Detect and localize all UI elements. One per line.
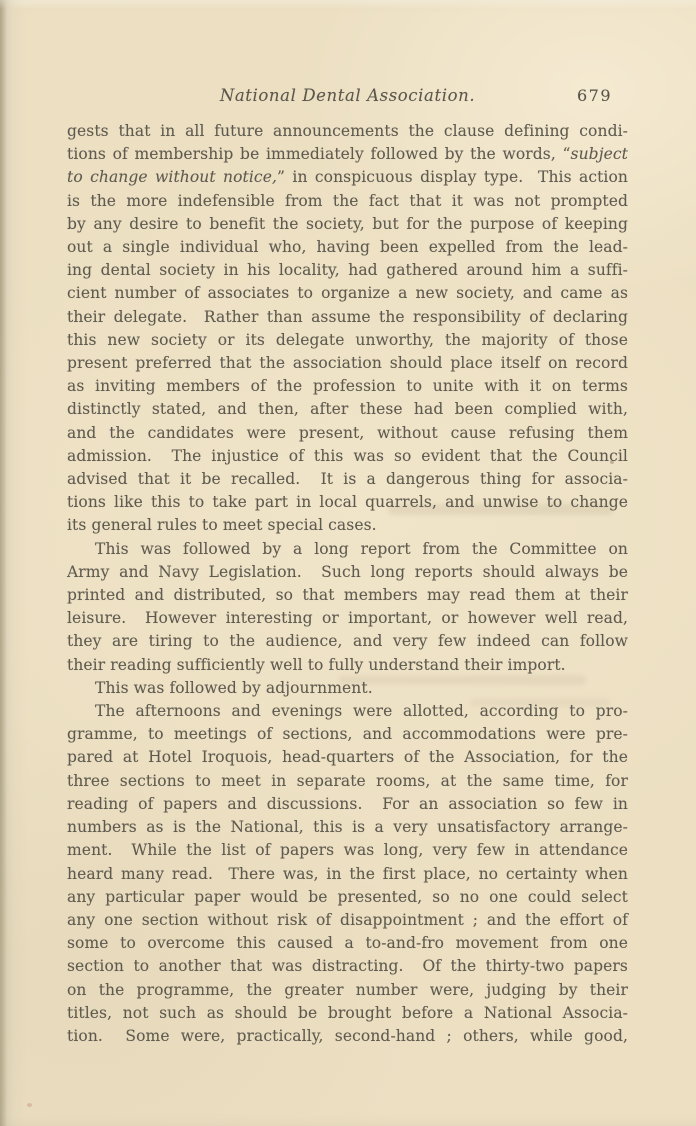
text-line: This was followed by adjournment.	[67, 677, 628, 700]
paragraph: gests that in all future announcements t…	[67, 120, 628, 538]
text-line: gramme, to meetings of sections, and acc…	[67, 723, 628, 746]
text-line: is the more indefensible from the fact t…	[67, 190, 628, 213]
text-line: Army and Navy Legislation. Such long rep…	[67, 561, 628, 584]
text-line: any one section without risk of disappoi…	[67, 909, 628, 932]
text-line: This was followed by a long report from …	[67, 538, 628, 561]
text-line: out a single individual who, having been…	[67, 236, 628, 259]
text-line: reading of papers and discussions. For a…	[67, 793, 628, 816]
text-line: any particular paper would be presented,…	[67, 886, 628, 909]
text-line: and the candidates were present, without…	[67, 422, 628, 445]
text-line: their reading sufficiently well to fully…	[67, 654, 628, 677]
paragraph: The afternoons and evenings were allotte…	[67, 700, 628, 1048]
text-line: its general rules to meet special cases.	[67, 514, 628, 537]
text-line: they are tiring to the audience, and ver…	[67, 630, 628, 653]
text-line: leisure. However interesting or importan…	[67, 607, 628, 630]
text-block: National Dental Association. 679 gests t…	[67, 84, 628, 1048]
text-line: section to another that was distracting.…	[67, 955, 628, 978]
text-line: present preferred that the association s…	[67, 352, 628, 375]
text-line: tions like this to take part in local qu…	[67, 491, 628, 514]
text-line: ing dental society in his locality, had …	[67, 259, 628, 282]
text-line: three sections to meet in separate rooms…	[67, 770, 628, 793]
text-line: pared at Hotel Iroquois, head-quarters o…	[67, 746, 628, 769]
text-line: titles, not such as should be brought be…	[67, 1002, 628, 1025]
text-line: this new society or its delegate unworth…	[67, 329, 628, 352]
page-header: National Dental Association. 679	[67, 84, 628, 107]
text-line: as inviting members of the profession to…	[67, 375, 628, 398]
paragraph: This was followed by a long report from …	[67, 538, 628, 677]
text-line: tions of membership be immediately follo…	[67, 143, 628, 166]
text-line: printed and distributed, so that members…	[67, 584, 628, 607]
text-line: cient number of associates to organize a…	[67, 282, 628, 305]
text-line: ment. While the list of papers was long,…	[67, 839, 628, 862]
text-line: heard many read. There was, in the first…	[67, 863, 628, 886]
text-line: some to overcome this caused a to-and-fr…	[67, 932, 628, 955]
text-line: distinctly stated, and then, after these…	[67, 398, 628, 421]
text-line: by any desire to benefit the society, bu…	[67, 213, 628, 236]
text-line: advised that it be recalled. It is a dan…	[67, 468, 628, 491]
book-page: National Dental Association. 679 gests t…	[0, 0, 696, 1126]
text-line: on the programme, the greater number wer…	[67, 979, 628, 1002]
text-line: tion. Some were, practically, second-han…	[67, 1025, 628, 1048]
text-line: numbers as is the National, this is a ve…	[67, 816, 628, 839]
ink-speck	[27, 1103, 32, 1107]
text-line: admission. The injustice of this was so …	[67, 445, 628, 468]
page-number: 679	[577, 84, 612, 107]
page-body: gests that in all future announcements t…	[67, 120, 628, 1048]
text-line: The afternoons and evenings were allotte…	[67, 700, 628, 723]
text-line: to change without notice,” in conspicuou…	[67, 166, 628, 189]
text-line: gests that in all future announcements t…	[67, 120, 628, 143]
paragraph: This was followed by adjournment.	[67, 677, 628, 700]
running-title: National Dental Association.	[220, 86, 475, 105]
text-line: their delegate. Rather than assume the r…	[67, 306, 628, 329]
